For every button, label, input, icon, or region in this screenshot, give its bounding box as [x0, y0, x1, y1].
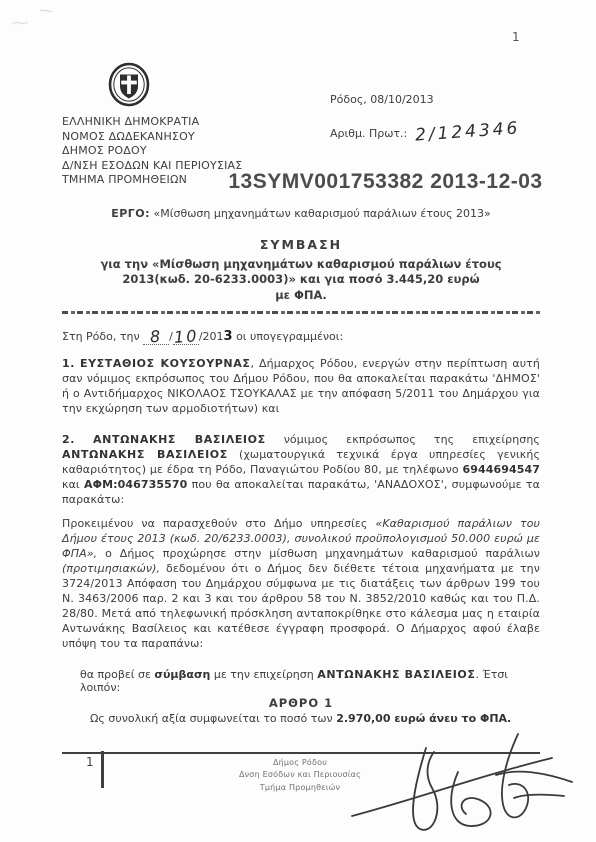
- preamble-italic-b: (προτιμησιακών),: [62, 562, 160, 575]
- footer-page-number: 1: [86, 755, 94, 769]
- project-line: ΕΡΓΟ: «Μίσθωση μηχανημάτων καθαρισμού πα…: [62, 207, 540, 220]
- decision-text-b: με την επιχείρηση: [210, 668, 317, 681]
- party2-name: ΑΝΤΩΝΑΚΗΣ ΒΑΣΙΛΕΙΟΣ: [93, 433, 266, 446]
- printed-year: /201: [199, 330, 224, 343]
- party1-paragraph: 1. ΕΥΣΤΑΘΙΟΣ ΚΟΥΣΟΥΡΝΑΣ, Δήμαρχος Ρόδου,…: [62, 356, 540, 416]
- article1-text-a: Ως συνολική αξία συμφωνείται το ποσό των: [90, 712, 336, 725]
- protocol-row: Αριθμ. Πρωτ.: 2/124346: [330, 122, 520, 142]
- reference-number: 13SYMV001753382 2013-12-03: [175, 170, 596, 194]
- org-line-republic: ΕΛΛΗΝΙΚΗ ΔΗΜΟΚΡΑΤΙΑ: [62, 115, 332, 130]
- contract-heading: ΣΥΜΒΑΣΗ: [62, 237, 540, 252]
- preamble-text-b: ο Δήμος προχώρησε στην μίσθωση μηχανημάτ…: [97, 547, 540, 560]
- project-title: «Μίσθωση μηχανημάτων καθαρισμού παράλιων…: [154, 207, 491, 220]
- protocol-number-handwritten: 2/124346: [414, 118, 521, 145]
- party2-afm: ΑΦΜ:046735570: [84, 478, 187, 491]
- overwritten-year-digit: 3: [224, 329, 233, 344]
- place-date: Ρόδος, 08/10/2013: [330, 93, 520, 106]
- org-line-prefecture: ΝΟΜΟΣ ΔΩΔΕΚΑΝΗΣΟΥ: [62, 130, 332, 145]
- handwritten-month-slot: 10: [173, 325, 199, 345]
- contract-vat-note: με ΦΠΑ.: [62, 288, 540, 302]
- party1-number: 1.: [62, 357, 75, 370]
- top-page-number: 1: [512, 30, 520, 44]
- intro-date-line: Στη Ρόδο, την 8/10/2013 οι υπογεγραμμένο…: [62, 325, 540, 345]
- article1-heading: ΑΡΘΡΟ 1: [62, 696, 540, 710]
- handwritten-day-slot: 8: [143, 325, 169, 345]
- letterhead: ΕΛΛΗΝΙΚΗ ΔΗΜΟΚΡΑΤΙΑ ΝΟΜΟΣ ΔΩΔΕΚΑΝΗΣΟΥ ΔΗ…: [62, 62, 332, 188]
- intro-suffix: οι υπογεγραμμένοι:: [236, 330, 343, 343]
- org-line-municipality: ΔΗΜΟΣ ΡΟΔΟΥ: [62, 144, 332, 159]
- decision-text-a: θα προβεί σε: [80, 668, 154, 681]
- party2-company: ΑΝΤΩΝΑΚΗΣ ΒΑΣΙΛΕΙΟΣ: [62, 448, 228, 461]
- decision-bold-a: σύμβαση: [154, 668, 210, 681]
- signature-scribble-icon: [346, 728, 586, 840]
- contract-subject: για την «Μίσθωση μηχανημάτων καθαρισμού …: [62, 257, 540, 287]
- contract-title-block: ΣΥΜΒΑΣΗ για την «Μίσθωση μηχανημάτων καθ…: [62, 237, 540, 302]
- preamble-text-c: δεδομένου ότι ο Δήμος δεν διέθετε τέτοια…: [62, 562, 540, 650]
- party2-phone: 6944694547: [462, 463, 540, 476]
- article1-amount: 2.970,00 ευρώ άνευ το ΦΠΑ.: [336, 712, 511, 725]
- preamble-text-a: Προκειμένου να παρασχεθούν στο Δήμο υπηρ…: [62, 517, 375, 530]
- protocol-label: Αριθμ. Πρωτ.:: [330, 127, 407, 140]
- scan-smudge-mark: [8, 4, 68, 34]
- decision-line: θα προβεί σε σύμβαση με την επιχείρηση Α…: [80, 668, 550, 694]
- handwritten-month: 10: [173, 326, 199, 347]
- party1-name: ΕΥΣΤΑΘΙΟΣ ΚΟΥΣΟΥΡΝΑΣ: [80, 357, 250, 370]
- dashed-separator: [62, 311, 540, 314]
- party2-text-c: και: [62, 478, 84, 491]
- party2-text-a: νόμιμος εκπρόσωπος της επιχείρησης: [266, 433, 540, 446]
- greek-national-emblem-icon: [108, 62, 332, 111]
- project-label: ΕΡΓΟ:: [111, 207, 150, 220]
- party2-number: 2.: [62, 433, 75, 446]
- document-meta: Ρόδος, 08/10/2013 Αριθμ. Πρωτ.: 2/124346: [330, 93, 520, 142]
- scanned-contract-page: 1 ΕΛΛΗΝΙΚΗ ΔΗΜΟΚΡΑΤΙΑ ΝΟΜΟΣ ΔΩΔΕΚΑΝΗΣΟΥ …: [0, 0, 596, 842]
- decision-company: ΑΝΤΩΝΑΚΗΣ ΒΑΣΙΛΕΙΟΣ: [317, 668, 475, 681]
- article1-text: Ως συνολική αξία συμφωνείται το ποσό των…: [90, 712, 550, 725]
- footer-divider-bar: [101, 751, 104, 788]
- party2-paragraph: 2. ΑΝΤΩΝΑΚΗΣ ΒΑΣΙΛΕΙΟΣ νόμιμος εκπρόσωπο…: [62, 432, 540, 507]
- intro-prefix: Στη Ρόδο, την: [62, 330, 140, 343]
- preamble-paragraph: Προκειμένου να παρασχεθούν στο Δήμο υπηρ…: [62, 516, 540, 651]
- handwritten-day: 8: [149, 327, 162, 347]
